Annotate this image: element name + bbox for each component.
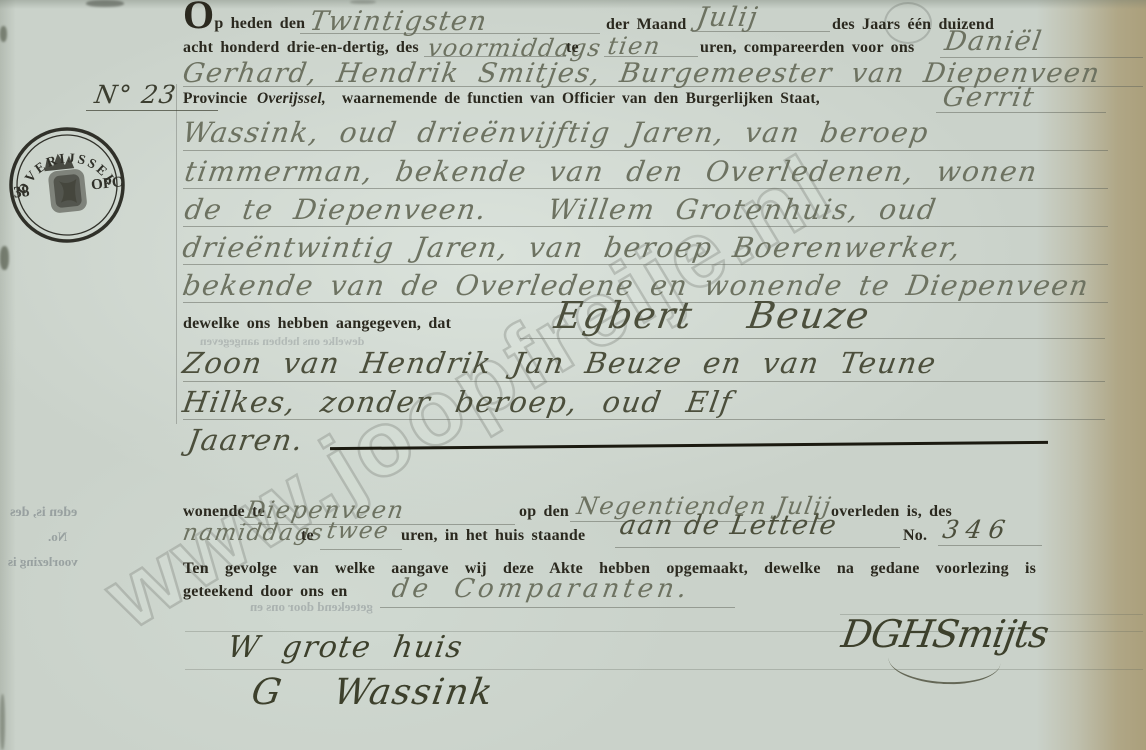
signature-flourish [887, 653, 1000, 687]
printed-op-heden-den: Op heden den [183, 2, 305, 33]
signature-witness1: W grote huis [225, 630, 466, 665]
printed-te: te [566, 39, 579, 57]
stamp-value-right: OPC [90, 174, 123, 193]
ruled-line [604, 56, 698, 57]
ruled-line [185, 669, 1143, 670]
stamp-value-left: 38 [13, 183, 31, 202]
written-house-number: 346 [941, 515, 1014, 544]
scan-smudge [0, 246, 9, 270]
overijssel-revenue-stamp: OVERIJSSEL 38 OPC [0, 118, 134, 252]
written-death-hour: twee [325, 518, 391, 544]
written-witness2-name: de te Diepenveen. Willem Grotenhuis, oud [182, 193, 939, 226]
ruled-line [938, 545, 1042, 546]
death-record-page: www.joopfreije.nl N° 23 OVERIJSSEL 38 OP… [0, 0, 1146, 750]
act-number-underline [86, 110, 218, 111]
printed-overijssel: Overijssel, [257, 90, 326, 108]
written-jaaren: Jaaren. [185, 423, 306, 457]
ruled-line [424, 56, 566, 57]
printed-year-line: acht honderd drie-en-dertig, des [183, 39, 419, 57]
bleedthrough-text: No. [48, 529, 67, 545]
scan-smudge [350, 0, 376, 4]
bleedthrough-text: dewelke ons hebben aangegeven [200, 334, 364, 349]
printed-overleden-is: overleden is, des [831, 503, 952, 521]
written-witness2-details: drieëntwintig Jaren, van beroep Boerenwe… [180, 231, 963, 264]
bleedthrough-text: eden is, des [10, 505, 77, 521]
ruled-line [320, 549, 402, 550]
ruled-line [183, 226, 1108, 227]
ruled-line [380, 607, 735, 608]
ruled-line [692, 31, 830, 32]
printed-officier-burgerlijke-staat: waarnemende de functien van Officier van… [342, 90, 820, 108]
written-deceased-name: Egbert Beuze [552, 294, 874, 337]
signature-official: DGHSmijts [839, 612, 1052, 656]
bleedthrough-text: geteekend door ons en [250, 599, 373, 615]
scan-smudge [0, 26, 7, 42]
written-parents-mother-age: Hilkes, zonder beroep, oud Elf [180, 385, 735, 419]
written-comparanten: de Comparanten. [390, 574, 693, 604]
ruled-line [183, 188, 1108, 189]
printed-aangegeven-dat: dewelke ons hebben aangegeven, dat [183, 315, 451, 333]
closing-stroke [330, 441, 1048, 450]
ruled-line [183, 381, 1105, 382]
ruled-line [183, 264, 1108, 265]
ruled-line [183, 150, 1108, 151]
written-house-location: aan de Lettele [618, 510, 840, 541]
scan-smudge [86, 0, 124, 7]
written-witness1-details: Wassink, oud drieënvijftig Jaren, van be… [180, 116, 931, 149]
printed-te-2: te [301, 527, 314, 545]
written-official-firstname: Daniël [943, 26, 1045, 57]
ruled-line [936, 112, 1106, 113]
written-month: Julij [695, 2, 761, 33]
printed-no: No. [903, 527, 927, 545]
margin-line [176, 84, 177, 424]
act-number: N° 23 [93, 80, 179, 109]
printed-compareerden: uren, compareerden voor ons [700, 39, 914, 57]
printed-huis-staande: uren, in het huis staande [401, 527, 585, 545]
printed-provincie: Provincie [183, 90, 247, 108]
written-witness1-occupation: timmerman, bekende van den Overledenen, … [182, 155, 1040, 188]
scan-smudge [0, 694, 5, 750]
ruled-line [615, 547, 900, 548]
ruled-line [520, 338, 1105, 339]
written-parents-father: Zoon van Hendrik Jan Beuze en van Teune [180, 346, 939, 380]
printed-op-den: op den [519, 503, 569, 521]
ruled-line [183, 419, 1105, 420]
bleedthrough-text: voorlezing is [8, 554, 78, 570]
signature-witness2: G Wassink [249, 672, 497, 713]
written-witness1-firstname: Gerrit [941, 82, 1038, 113]
